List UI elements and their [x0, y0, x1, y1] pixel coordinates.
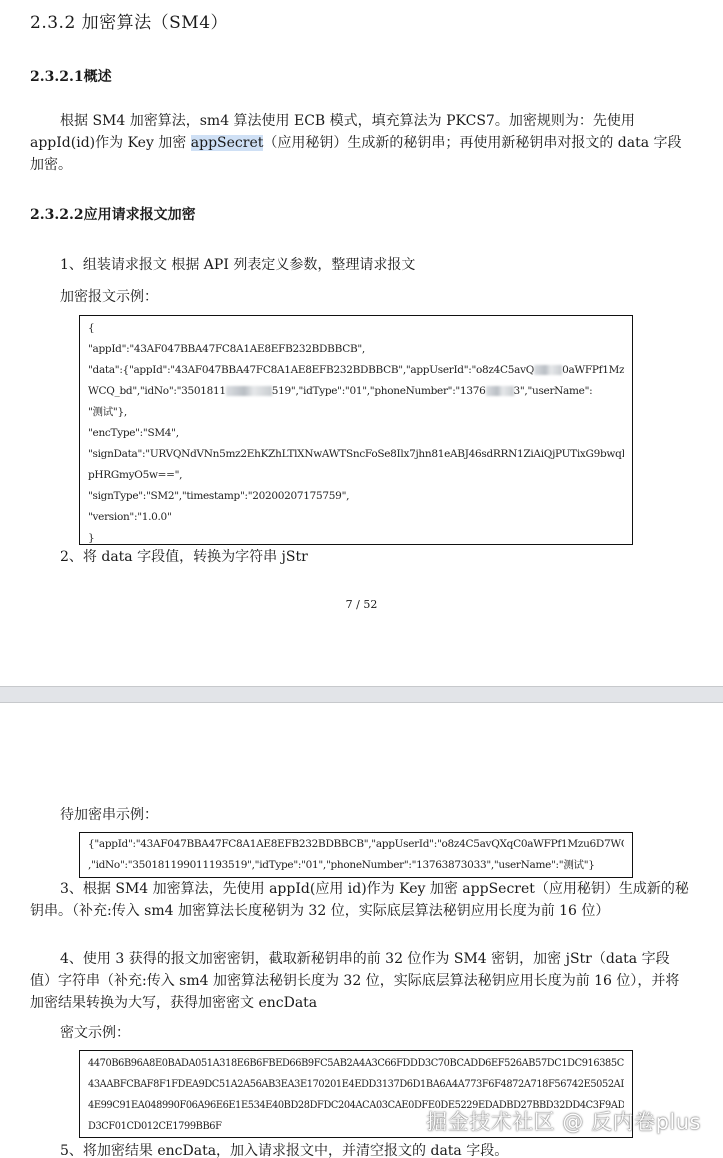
overview-paragraph: 根据 SM4 加密算法，sm4 算法使用 ECB 模式，填充算法为 PKCS7。… — [30, 110, 690, 176]
code-text: WCQ_bd","idNo":"3501811 — [88, 385, 226, 397]
code-line: "signData":"URVQNdVNn5mz2EhKZhLTlXNwAWTS… — [88, 444, 624, 465]
step-5-text: 5、将加密结果 encData，加入请求报文中，并清空报文的 data 字段。 — [60, 1140, 508, 1158]
cipher-example-label: 密文示例： — [60, 1022, 130, 1042]
code-text: "data":{"appId":"43AF047BBA47FC8A1AE8EFB… — [88, 364, 534, 376]
code-line: "appId":"43AF047BBA47FC8A1AE8EFB232BDBBC… — [88, 339, 624, 360]
subsection-title-overview: 2.3.2.1概述 — [30, 66, 112, 86]
code-line: "signType":"SM2","timestamp":"2020020717… — [88, 486, 624, 507]
code-line: {"appId":"43AF047BBA47FC8A1AE8EFB232BDBB… — [88, 834, 624, 855]
page-number: 7 / 52 — [0, 598, 723, 611]
code-line: "encType":"SM4", — [88, 423, 624, 444]
code-line: "data":{"appId":"43AF047BBA47FC8A1AE8EFB… — [88, 360, 624, 381]
pending-string-label: 待加密串示例： — [60, 804, 158, 824]
code-line: pHRGmyO5w==", — [88, 465, 624, 486]
step-4-text: 4、使用 3 获得的报文加密密钥，截取新秘钥串的前 32 位作为 SM4 密钥，… — [30, 948, 690, 1014]
code-line: ,"idNo":"350181199011193519","idType":"0… — [88, 855, 624, 876]
code-line: { — [88, 318, 624, 339]
code-line: "测试"}, — [88, 402, 624, 423]
step-3-text: 3、根据 SM4 加密算法，先使用 appId(应用 id)作为 Key 加密 … — [30, 878, 690, 922]
code-line: 43AABFCBAF8F1FDEA9DC51A2A56AB3EA3E170201… — [88, 1074, 624, 1095]
document-page-8: 待加密串示例： {"appId":"43AF047BBA47FC8A1AE8EF… — [0, 704, 723, 1158]
pending-string-codebox: {"appId":"43AF047BBA47FC8A1AE8EFB232BDBB… — [79, 832, 633, 878]
encrypted-example-label: 加密报文示例： — [60, 286, 158, 306]
step-1-text: 1、组装请求报文 根据 API 列表定义参数，整理请求报文 — [60, 254, 415, 274]
code-text: 3","userName": — [514, 385, 593, 397]
code-line: WCQ_bd","idNo":"3501811519","idType":"01… — [88, 381, 624, 402]
request-example-codebox: { "appId":"43AF047BBA47FC8A1AE8EFB232BDB… — [79, 315, 633, 545]
document-page-7: 2.3.2 加密算法（SM4） 2.3.2.1概述 根据 SM4 加密算法，sm… — [0, 0, 723, 686]
page-separator — [0, 686, 723, 703]
code-text: 519","idType":"01","phoneNumber":"1376 — [272, 385, 486, 397]
code-line: 4470B6B96A8E0BADA051A318E6B6FBED66B9FC5A… — [88, 1053, 624, 1074]
step-2-text: 2、将 data 字段值，转换为字符串 jStr — [60, 546, 308, 566]
subsection-title-request-encryption: 2.3.2.2应用请求报文加密 — [30, 204, 196, 224]
code-text: 0aWFPf1Mzu6D7 — [562, 364, 624, 376]
redacted-blur — [486, 386, 514, 396]
watermark: 掘金技术社区 @ 反内卷plus — [426, 1106, 701, 1136]
code-line: "version":"1.0.0" — [88, 507, 624, 528]
redacted-blur — [534, 365, 562, 375]
redacted-blur — [226, 386, 272, 396]
section-title: 2.3.2 加密算法（SM4） — [30, 8, 228, 33]
highlighted-text-selection[interactable]: appSecret — [191, 135, 264, 151]
